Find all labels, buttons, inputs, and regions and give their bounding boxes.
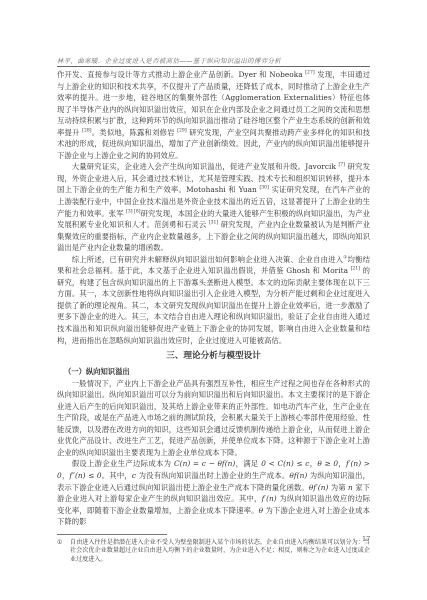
page-number: 17 <box>362 535 370 543</box>
text-run: ，满足 <box>235 459 261 468</box>
citation-ref: [30] <box>259 186 268 191</box>
citation-ref: [31] <box>209 221 218 226</box>
body-text: 作开发、直接参与设计等方式推动上游企业产品创新。Dyer 和 Nobeoka [… <box>57 69 370 528</box>
text-run: 一般情况下，产业内上下游企业产品具有强烈互补性，相应生产过程之间也存在各种形式的… <box>57 379 370 457</box>
text-run: 综上所述，已有研究并未解释纵向知识溢出如何影响企业进入决策、企业自由进入 <box>72 255 344 264</box>
math-expression: C(n) = c − θf(n) <box>174 459 235 468</box>
citation-ref: [29] <box>177 128 186 133</box>
text-run: 。其中， <box>102 471 132 480</box>
math-expression: θ ≥ 0 <box>317 459 338 468</box>
math-expression: θf′(n) <box>309 483 329 492</box>
text-run: 发现，丰田通过与上游企业的知识和技术共享，不仅提升了产品质量，还降低了成本，同时… <box>57 70 370 137</box>
math-expression: f″(n) ≤ 0 <box>69 471 101 480</box>
paragraphs-after-section: 一般情况下，产业内上下游企业产品具有强烈互补性，相应生产过程之间也存在各种形式的… <box>57 378 370 528</box>
math-expression: f′(n) <box>262 494 277 503</box>
footnote-text: 自由进入往往是指潜在进入企业不受人为壁垒限制进入某个市场的状态。企业自由进入均衡… <box>70 539 370 565</box>
text-run: 假设上游企业生产边际成本为 <box>72 459 174 468</box>
math-expression: 0 < C(n) ≤ c <box>261 459 309 468</box>
math-expression: θf(n) <box>289 471 307 480</box>
text-run: ， <box>338 459 346 468</box>
paragraph: 假设上游企业生产边际成本为 C(n) = c − θf(n)，满足 0 < C(… <box>57 458 370 527</box>
text-run: 为没有纵向知识溢出时上游企业的生产成本。 <box>136 471 289 480</box>
citation-ref: [27] <box>305 71 314 76</box>
text-run: 作开发、直接参与设计等方式推动上游企业产品创新。Dyer 和 Nobeoka <box>57 70 305 79</box>
paragraph: 大量研究证实，企业进入会产生纵向知识溢出，促进产业发展和升级。Javorcik … <box>57 161 370 253</box>
citation-ref: [21] <box>351 267 360 272</box>
text-run: 为第 <box>328 483 348 492</box>
text-run: 大量研究证实，企业进入会产生纵向知识溢出，促进产业发展和升级。Javorcik <box>72 162 339 171</box>
paragraph: 综上所述，已有研究并未解释纵向知识溢出如何影响企业进入决策、企业自由进入①均衡结… <box>57 254 370 346</box>
running-header: 林平，曲寒暖．企业过度进入是否被高估——基于纵向知识溢出的博弈分析 <box>57 57 370 67</box>
paragraph: 一般情况下，产业内上下游企业产品具有强烈互补性，相应生产过程之间也存在各种形式的… <box>57 378 370 459</box>
paragraph: 作开发、直接参与设计等方式推动上游企业产品创新。Dyer 和 Nobeoka [… <box>57 69 370 161</box>
citation-ref: [28] <box>82 128 91 133</box>
subsection-title: （一）纵向知识溢出 <box>57 366 370 378</box>
text-run: 的研究，构建了包含纵向知识溢出的上下游寡头垄断进入模型。本文的边际贡献主要体现在… <box>57 266 370 344</box>
text-run: 。类似地，陈露和刘修岩 <box>92 128 178 137</box>
paper-page: 林平，曲寒暖．企业过度进入是否被高估——基于纵向知识溢出的博弈分析 作开发、直接… <box>57 57 370 565</box>
section-title: 三、理论分析与模型设计 <box>57 350 370 363</box>
paragraphs-before-section: 作开发、直接参与设计等方式推动上游企业产品创新。Dyer 和 Nobeoka [… <box>57 69 370 346</box>
footnote-divider <box>57 534 167 535</box>
footnote: ① 自由进入往往是指潜在进入企业不受人为壁垒限制进入某个市场的状态。企业自由进入… <box>57 539 370 565</box>
footnote-mark: ① <box>57 539 70 565</box>
citation-ref: [3] [8] <box>126 209 141 214</box>
